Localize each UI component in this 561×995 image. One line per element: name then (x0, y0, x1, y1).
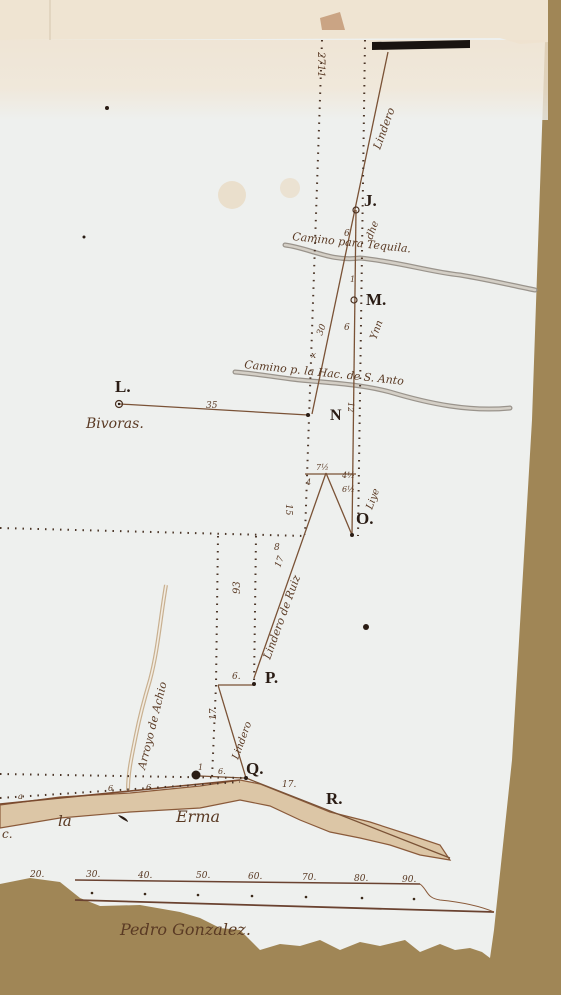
paper-top-strip (0, 0, 548, 44)
signature: Pedro Gonzalez. (119, 920, 251, 939)
svg-text:93: 93 (232, 581, 243, 594)
label-rio-la: la (58, 812, 72, 830)
point-label-j: J. (364, 191, 377, 210)
svg-text:90.: 90. (402, 875, 416, 885)
svg-text:70.: 70. (302, 873, 316, 883)
svg-text:x: x (311, 351, 316, 361)
point-label-m: M. (366, 290, 386, 309)
svg-text:8: 8 (274, 543, 280, 553)
map-canvas: J. M. L. N O. P. Q. R. Bivoras. Camino p… (0, 0, 561, 995)
label-bivoras: Bivoras. (85, 416, 144, 432)
svg-text:4: 4 (305, 478, 311, 487)
svg-text:6: 6 (344, 323, 350, 333)
svg-text:1: 1 (198, 763, 203, 772)
point-label-n: N (330, 407, 342, 424)
point-label-r: R. (326, 789, 343, 808)
svg-text:7½: 7½ (316, 463, 329, 472)
label-rio-erma: Erma (175, 807, 220, 826)
svg-text:6.: 6. (232, 672, 241, 682)
point-label-q: Q. (246, 759, 263, 778)
svg-text:17: 17 (209, 708, 219, 720)
paper-stain-band (0, 40, 548, 120)
svg-text:1: 1 (350, 275, 355, 284)
svg-text:80.: 80. (354, 874, 368, 884)
svg-text:50.: 50. (196, 871, 210, 881)
svg-text:4½: 4½ (341, 471, 355, 480)
point-label-p: P. (265, 668, 278, 687)
svg-text:20.: 20. (29, 870, 44, 880)
svg-text:6: 6 (344, 229, 350, 239)
svg-text:35: 35 (206, 401, 218, 411)
stain-spot (218, 181, 246, 209)
svg-text:12: 12 (346, 402, 355, 412)
svg-text:40.: 40. (137, 871, 152, 881)
point-label-l: L. (115, 377, 131, 396)
label-left-edge: c. (2, 827, 13, 841)
svg-text:a: a (18, 792, 23, 801)
svg-text:30.: 30. (86, 870, 100, 880)
svg-text:2711: 2711 (315, 51, 326, 77)
svg-text:6.: 6. (218, 767, 226, 776)
svg-text:60.: 60. (248, 872, 262, 882)
svg-text:6: 6 (108, 784, 113, 793)
svg-text:15: 15 (283, 504, 293, 516)
historical-survey-map: J. M. L. N O. P. Q. R. Bivoras. Camino p… (0, 0, 561, 995)
point-label-o: O. (356, 509, 373, 528)
svg-text:6: 6 (146, 783, 151, 792)
stain-spot (280, 178, 300, 198)
svg-text:17.: 17. (282, 780, 296, 790)
svg-text:6½: 6½ (342, 485, 355, 494)
